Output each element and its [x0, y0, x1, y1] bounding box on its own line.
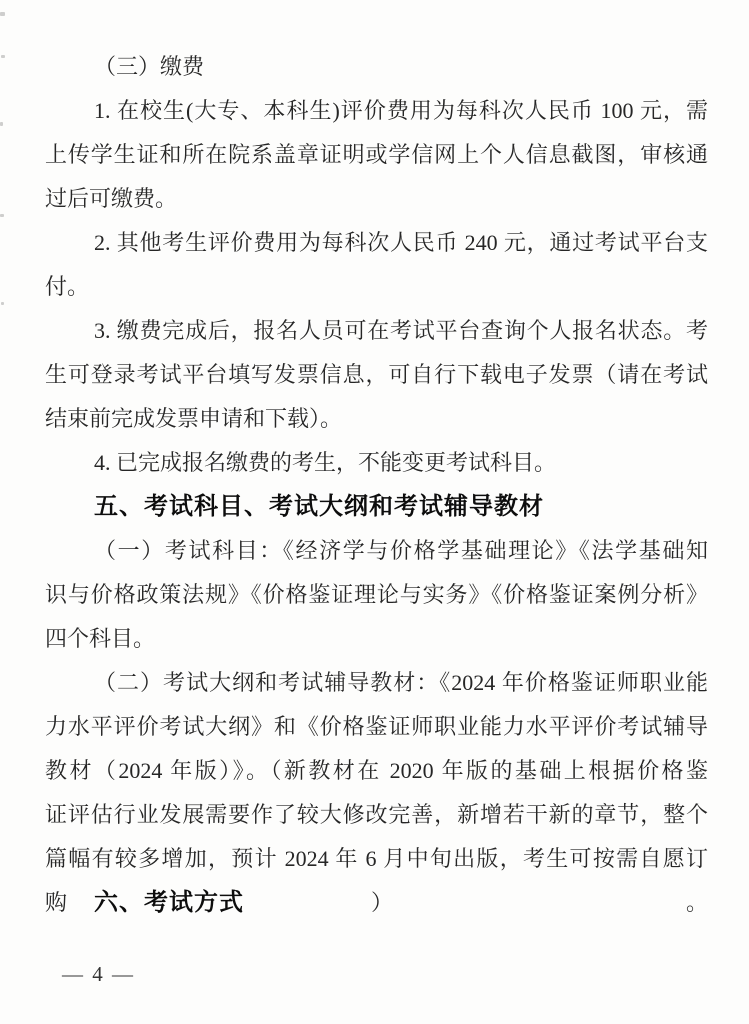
text-line: （一）考试科目：《经济学与价格学基础理论》《法学基础知 [45, 529, 708, 573]
subsection-heading-fees: （三）缴费 [45, 45, 708, 89]
scan-artifact [0, 12, 5, 16]
text-line: 识与价格政策法规》《价格鉴证理论与实务》《价格鉴证案例分析》 [45, 573, 708, 617]
scan-artifact [1, 55, 5, 58]
text-line: 1. 在校生(大专、本科生)评价费用为每科次人民币 100 元，需 [45, 89, 708, 133]
text-line: 过后可缴费。 [45, 177, 708, 221]
text-line: 生可登录考试平台填写发票信息，可自行下载电子发票（请在考试 [45, 353, 708, 397]
text-line: 结束前完成发票申请和下载）。 [45, 397, 708, 441]
scan-artifact [0, 122, 3, 126]
scan-artifact [0, 214, 4, 217]
text-block: （三）缴费 1. 在校生(大专、本科生)评价费用为每科次人民币 100 元，需 … [45, 45, 708, 925]
document-page: （三）缴费 1. 在校生(大专、本科生)评价费用为每科次人民币 100 元，需 … [0, 0, 749, 1024]
text-line: 3. 缴费完成后，报名人员可在考试平台查询个人报名状态。考 [45, 309, 708, 353]
page-number: — 4 — [62, 962, 135, 987]
text-line: 四个科目。 [45, 617, 708, 661]
section-heading-5: 五、考试科目、考试大纲和考试辅导教材 [45, 485, 708, 529]
scan-artifact [1, 302, 4, 305]
text-line: 4. 已完成报名缴费的考生，不能变更考试科目。 [45, 441, 708, 485]
text-line: 2. 其他考生评价费用为每科次人民币 240 元，通过考试平台支 [45, 221, 708, 265]
text-line: （二）考试大纲和考试辅导教材：《2024 年价格鉴证师职业能 [45, 661, 708, 705]
text-line: 篇幅有较多增加，预计 2024 年 6 月中旬出版，考生可按需自愿订购）。 [45, 837, 708, 881]
text-line: 证评估行业发展需要作了较大修改完善，新增若干新的章节，整个 [45, 793, 708, 837]
text-line: 付。 [45, 265, 708, 309]
text-line: 教材（2024 年版）》。（新教材在 2020 年版的基础上根据价格鉴 [45, 749, 708, 793]
text-line: 力水平评价考试大纲》和《价格鉴证师职业能力水平评价考试辅导 [45, 705, 708, 749]
text-line: 上传学生证和所在院系盖章证明或学信网上个人信息截图，审核通 [45, 133, 708, 177]
